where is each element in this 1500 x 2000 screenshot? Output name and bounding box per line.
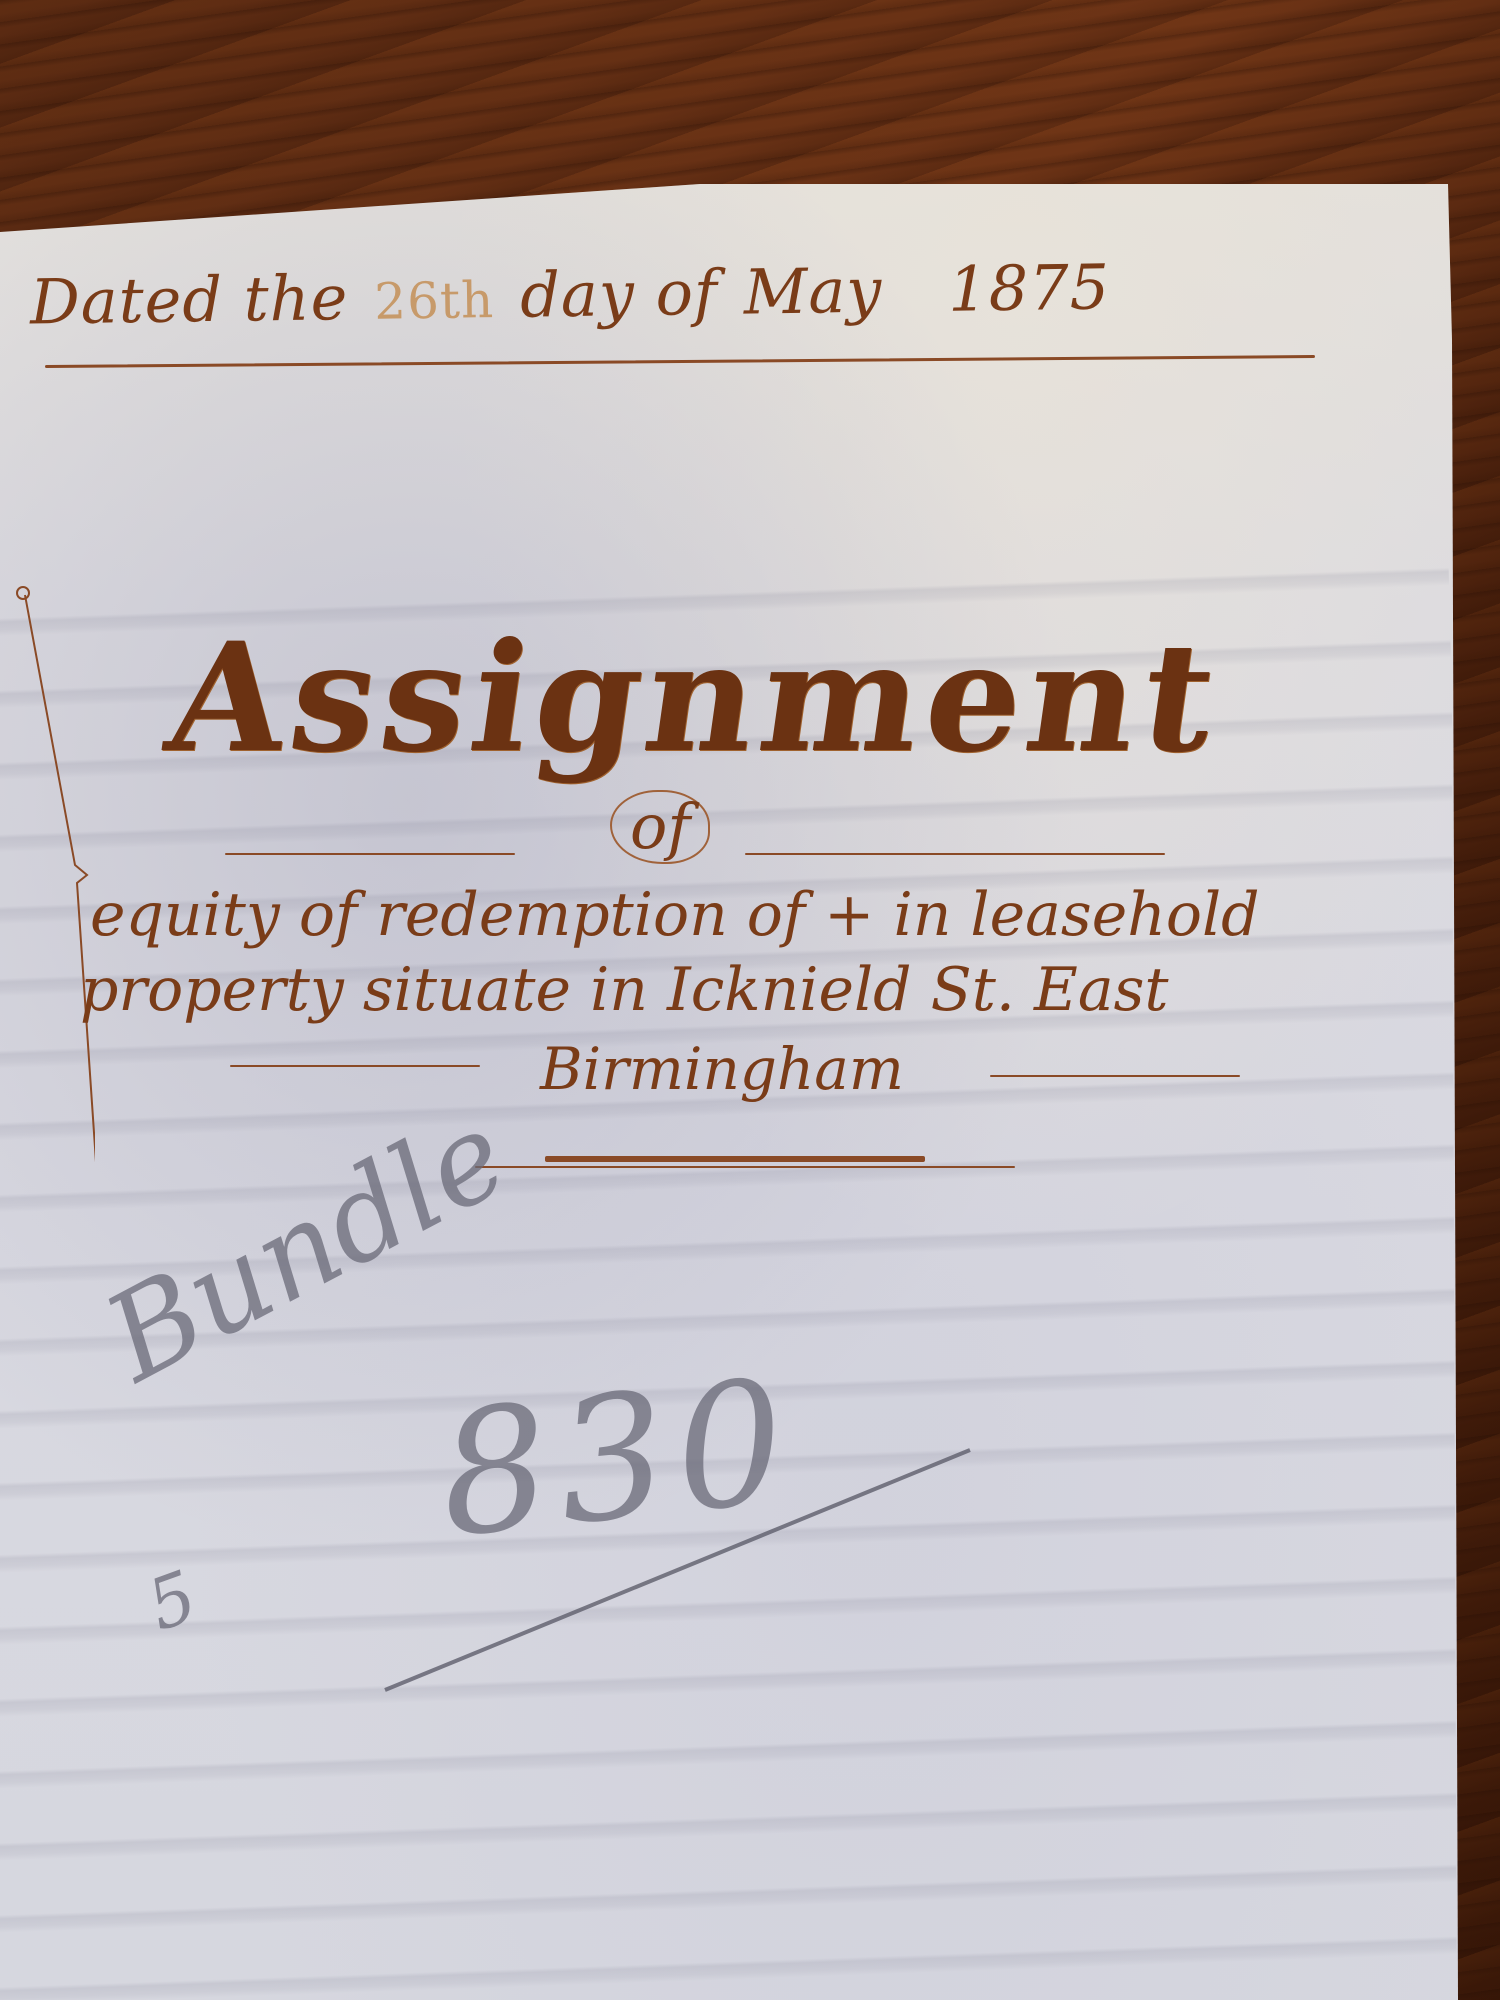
- date-underline: [45, 355, 1315, 368]
- description-line-2: property situate in Icknield St. East: [80, 955, 1169, 1025]
- location-rule-left: [230, 1065, 480, 1067]
- title-rule-left: [225, 853, 515, 855]
- left-brace-icon: [15, 585, 95, 1275]
- date-line: Dated the 26th day of May 1875: [30, 250, 1111, 338]
- closing-flourish: [545, 1156, 925, 1162]
- description-line-1: equity of redemption of + in leasehold: [90, 880, 1260, 950]
- date-prefix: Dated the: [30, 261, 349, 338]
- date-year: 1875: [948, 250, 1111, 325]
- show-through-text: [0, 360, 1458, 2000]
- document-page: Dated the 26th day of May 1875 Assignmen…: [0, 0, 1458, 2000]
- closing-flourish-line: [475, 1166, 1015, 1168]
- description-line-3: Birmingham: [540, 1035, 904, 1103]
- connector-word: of: [610, 790, 710, 864]
- pencil-strike-line: [380, 1440, 980, 1700]
- document-title: Assignment: [158, 610, 1231, 786]
- title-rule-right: [745, 853, 1165, 855]
- location-rule-right: [990, 1075, 1240, 1077]
- date-month: May: [743, 254, 882, 329]
- date-middle: day of: [520, 256, 719, 332]
- date-day: 26th: [374, 271, 495, 331]
